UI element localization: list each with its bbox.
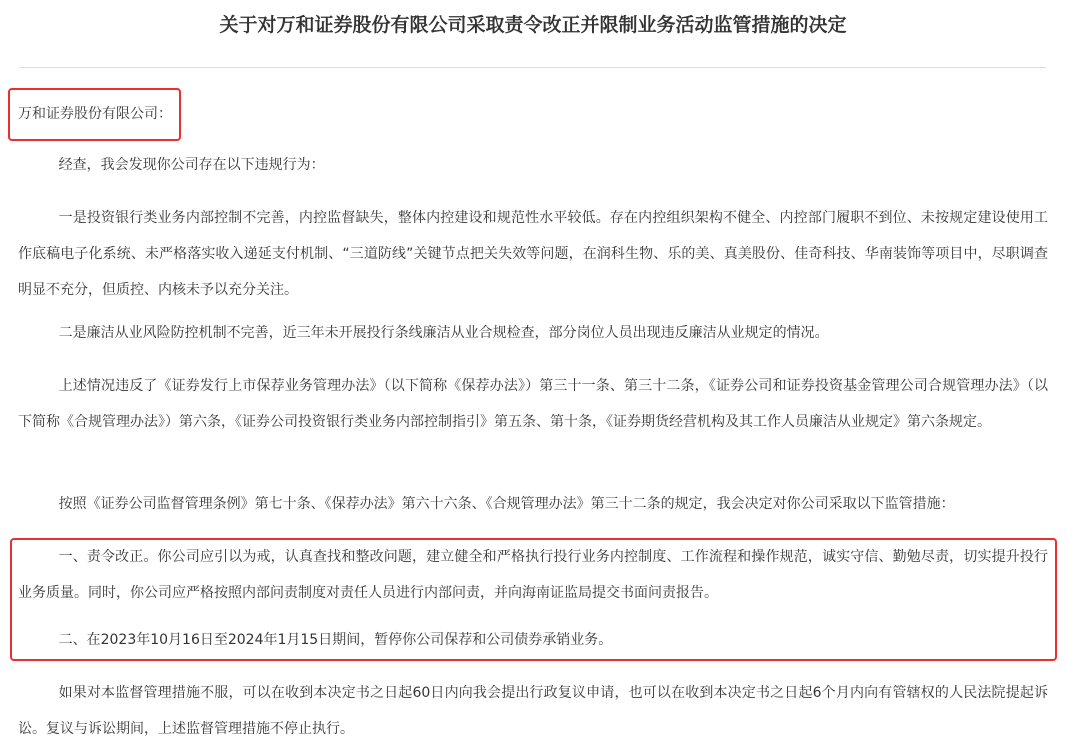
document-title: 关于对万和证券股份有限公司采取责令改正并限制业务活动监管措施的决定 (0, 10, 1066, 40)
paragraph-decision-intro: 按照《证券公司监督管理条例》第七十条、《保荐办法》第六十六条、《合规管理办法》第… (18, 486, 1048, 522)
highlight-box-measures (10, 538, 1057, 661)
document-page: 关于对万和证券股份有限公司采取责令改正并限制业务活动监管措施的决定 万和证券股份… (0, 0, 1066, 752)
title-divider (19, 67, 1046, 68)
paragraph-appeal-rights: 如果对本监督管理措施不服，可以在收到本决定书之日起60日内向我会提出行政复议申请… (18, 675, 1048, 747)
paragraph-violation-2: 二是廉洁从业风险防控机制不完善，近三年未开展投行条线廉洁从业合规检查，部分岗位人… (18, 315, 1048, 351)
paragraph-legal-basis: 上述情况违反了《证券发行上市保荐业务管理办法》（以下简称《保荐办法》）第三十一条… (18, 368, 1048, 440)
paragraph-violation-1: 一是投资银行类业务内部控制不完善，内控监督缺失，整体内控建设和规范性水平较低。存… (18, 200, 1048, 308)
highlight-box-salutation (8, 88, 181, 141)
paragraph-findings-intro: 经查，我会发现你公司存在以下违规行为： (18, 147, 1048, 183)
